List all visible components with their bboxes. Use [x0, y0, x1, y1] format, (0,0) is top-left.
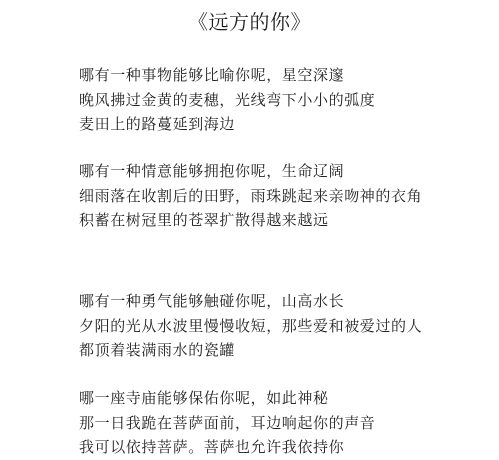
poem-line: 哪有一种情意能够拥抱你呢，生命辽阔 — [79, 159, 422, 184]
stanza-1: 哪有一种事物能够比喻你呢，星空深邃 晚风拂过金黄的麦穗，光线弯下小小的弧度 麦田… — [79, 63, 375, 137]
poem-title: 《远方的你》 — [0, 8, 499, 36]
stanza-2: 哪有一种情意能够拥抱你呢，生命辽阔 细雨落在收割后的田野，雨珠跳起来亲吻神的衣角… — [79, 159, 422, 233]
poem-line: 积蓄在树冠里的苍翠扩散得越来越远 — [79, 208, 422, 233]
poem-line: 哪有一种勇气能够触碰你呢，山高水长 — [79, 289, 422, 314]
poem-line: 夕阳的光从水波里慢慢收短，那些爱和被爱过的人 — [79, 314, 422, 339]
poem-line: 我可以依持菩萨。菩萨也允许我依持你 — [79, 435, 375, 460]
poem-line: 哪一座寺庙能够保佑你呢，如此神秘 — [79, 386, 375, 411]
poem-line: 都顶着装满雨水的瓷罐 — [79, 338, 422, 363]
stanza-3: 哪有一种勇气能够触碰你呢，山高水长 夕阳的光从水波里慢慢收短，那些爱和被爱过的人… — [79, 289, 422, 363]
poem-line: 哪有一种事物能够比喻你呢，星空深邃 — [79, 63, 375, 88]
poem-line: 那一日我跪在菩萨面前，耳边响起你的声音 — [79, 411, 375, 436]
stanza-4: 哪一座寺庙能够保佑你呢，如此神秘 那一日我跪在菩萨面前，耳边响起你的声音 我可以… — [79, 386, 375, 460]
poem-line: 麦田上的路蔓延到海边 — [79, 112, 375, 137]
poem-line: 细雨落在收割后的田野，雨珠跳起来亲吻神的衣角 — [79, 184, 422, 209]
poem-line: 晚风拂过金黄的麦穗，光线弯下小小的弧度 — [79, 88, 375, 113]
